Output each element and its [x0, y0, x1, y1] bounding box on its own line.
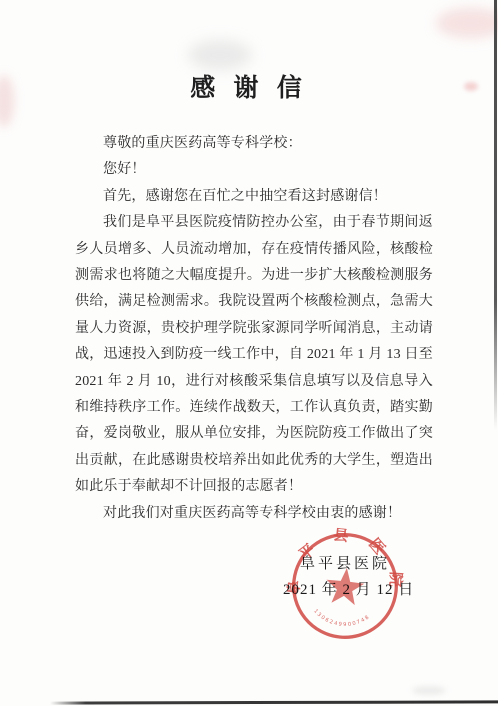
scanned-letter-page: 感 谢 信 尊敬的重庆医药高等专科学校： 您好！ 首先，感谢您在百忙之中抽空看这…	[0, 0, 498, 706]
official-seal-stamp-icon: 阜平县医院 1306249900748	[281, 523, 408, 649]
letter-title: 感 谢 信	[0, 68, 498, 104]
paragraph: 对此我们对重庆医药高等专科学校由衷的感谢！	[75, 501, 433, 527]
seal-serial-number: 1306249900748	[311, 608, 372, 631]
paragraph: 首先，感谢您在百忙之中抽空看这封感谢信！	[75, 184, 433, 210]
paragraph: 我们是阜平县医院疫情防控办公室，由于春节期间返乡人员增多、人员流动增加，存在疫情…	[75, 210, 433, 500]
svg-text:1306249900748: 1306249900748	[311, 608, 372, 631]
scan-edge-shadow-bottom	[50, 700, 498, 704]
scan-edge-shadow-right	[494, 0, 497, 430]
seal-star-icon	[324, 566, 366, 606]
greeting: 您好！	[75, 157, 433, 183]
scan-smudge	[464, 82, 478, 91]
scan-smudge	[412, 686, 446, 695]
salutation: 尊敬的重庆医药高等专科学校：	[75, 131, 433, 157]
letter-body: 尊敬的重庆医药高等专科学校： 您好！ 首先，感谢您在百忙之中抽空看这封感谢信！ …	[75, 131, 433, 527]
scan-smudge	[188, 40, 252, 70]
scan-smudge	[436, 8, 498, 38]
